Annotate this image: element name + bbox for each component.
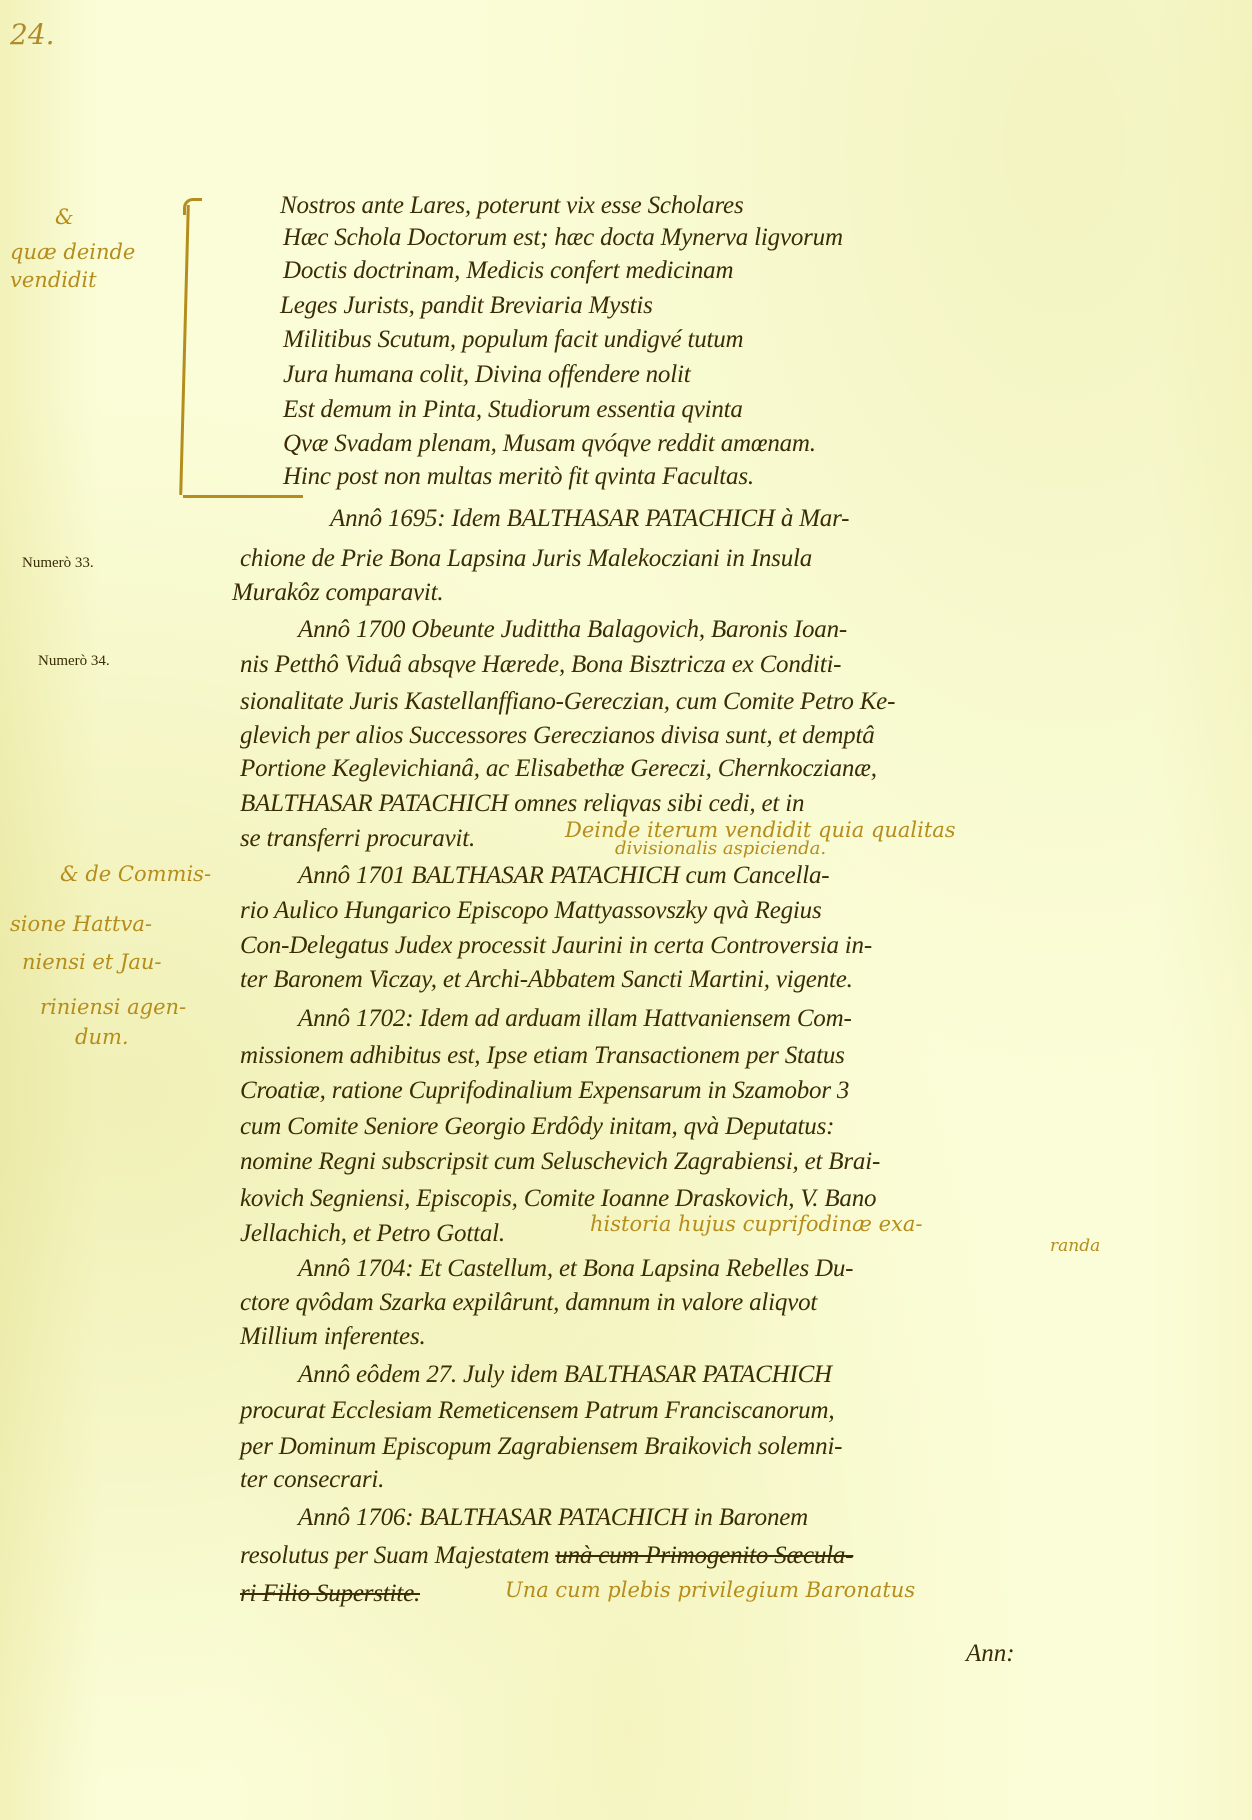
annotation-after-1702-1: historia hujus cuprifodinæ exa- <box>590 1212 922 1236</box>
struck-text: unà cum Primogenito Sæcula- <box>555 1542 853 1569</box>
entry-line: procurat Ecclesiam Remeticensem Patrum F… <box>240 1397 834 1425</box>
entry-line: nis Petthô Viduâ absqve Hærede, Bona Bis… <box>240 651 841 679</box>
annotation-top-left-1: & <box>55 205 74 229</box>
poem-line: Jura humana colit, Divina offendere noli… <box>283 361 690 389</box>
poem-line: Nostros ante Lares, poterunt vix esse Sc… <box>280 192 743 220</box>
entry-line: Portione Keglevichianâ, ac Elisabethæ Ge… <box>240 755 877 783</box>
entry-line: Annô 1702: Idem ad arduam illam Hattvani… <box>298 1005 852 1033</box>
entry-line: se transferri procuravit. <box>240 825 475 853</box>
entry-line: Annô 1704: Et Castellum, et Bona Lapsina… <box>298 1255 853 1283</box>
poem-line: Hæc Schola Doctorum est; hæc docta Myner… <box>283 224 843 252</box>
struck-text: ri Filio Superstite. <box>240 1580 420 1607</box>
entry-line: kovich Segniensi, Episcopis, Comite Ioan… <box>240 1185 876 1213</box>
entry-line: Annô 1706: BALTHASAR PATACHICH in Barone… <box>298 1504 808 1532</box>
poem-line: Doctis doctrinam, Medicis confert medici… <box>283 257 733 285</box>
margin-number-33: Numerò 33. <box>22 555 94 572</box>
entry-line: cum Comite Seniore Georgio Erdôdy initam… <box>240 1113 834 1141</box>
entry-line: Annô 1701 BALTHASAR PATACHICH cum Cancel… <box>298 862 829 890</box>
entry-line: Millium inferentes. <box>240 1323 426 1351</box>
margin-number-34: Numerò 34. <box>38 653 110 670</box>
entry-line: nomine Regni subscripsit cum Seluschevic… <box>240 1148 880 1176</box>
entry-line: sionalitate Juris Kastellanffiano-Gerecz… <box>240 688 895 716</box>
entry-line: per Dominum Episcopum Zagrabiensem Braik… <box>240 1433 842 1461</box>
entry-line: ter consecrari. <box>240 1466 384 1494</box>
entry-line: Annô 1695: Idem BALTHASAR PATACHICH à Ma… <box>330 505 849 533</box>
poem-line: Militibus Scutum, populum facit undigvé … <box>283 326 743 354</box>
entry-line: Croatiæ, ratione Cuprifodinalium Expensa… <box>240 1077 849 1105</box>
entry-line: rio Aulico Hungarico Episcopo Mattyassov… <box>240 897 822 925</box>
entry-line: ri Filio Superstite. <box>240 1580 420 1608</box>
annotation-left-1701-4: riniensi agen- <box>40 995 186 1019</box>
entry-line: glevich per alios Successores Gerecziano… <box>240 722 875 750</box>
annotation-after-1706: Una cum plebis privilegium Baronatus <box>505 1578 915 1602</box>
entry-text: resolutus per Suam Majestatem <box>240 1542 549 1569</box>
poem-line: Qvæ Svadam plenam, Musam qvóqve reddit a… <box>283 430 816 458</box>
annotation-left-1701-5: dum. <box>75 1025 129 1049</box>
entry-line: Jellachich, et Petro Gottal. <box>240 1220 505 1248</box>
entry-line: ter Baronem Viczay, et Archi-Abbatem San… <box>240 966 853 994</box>
annotation-top-left-3: vendidit <box>10 268 97 292</box>
page-number: 24. <box>10 18 55 51</box>
annotation-left-1701-1: & de Commis- <box>60 862 211 886</box>
entry-line: Murakôz comparavit. <box>232 579 443 607</box>
margin-bracket-underline <box>183 495 303 498</box>
entry-line: ctore qvôdam Szarka expilârunt, damnum i… <box>240 1289 817 1317</box>
entry-line: chione de Prie Bona Lapsina Juris Maleko… <box>240 545 812 573</box>
poem-line: Est demum in Pinta, Studiorum essentia q… <box>283 396 743 424</box>
entry-line: Con-Delegatus Judex processit Jaurini in… <box>240 932 872 960</box>
catchword: Ann: <box>966 1640 1015 1668</box>
entry-line: resolutus per Suam Majestatem unà cum Pr… <box>240 1542 853 1570</box>
poem-line: Hinc post non multas meritò fit qvinta F… <box>283 463 754 491</box>
entry-line: Annô 1700 Obeunte Judittha Balagovich, B… <box>298 616 847 644</box>
entry-line: Annô eôdem 27. July idem BALTHASAR PATAC… <box>298 1361 832 1389</box>
entry-line: BALTHASAR PATACHICH omnes reliqvas sibi … <box>240 790 804 818</box>
entry-line: missionem adhibitus est, Ipse etiam Tran… <box>240 1042 845 1070</box>
annotation-after-1700-2: divisionalis aspicienda. <box>615 838 826 859</box>
annotation-left-1701-2: sione Hattva- <box>10 912 152 936</box>
margin-bracket-line <box>179 205 190 495</box>
poem-line: Leges Jurists, pandit Breviaria Mystis <box>280 292 653 320</box>
annotation-top-left-2: quæ deinde <box>10 240 135 264</box>
annotation-after-1702-2: randa <box>1050 1236 1100 1256</box>
annotation-left-1701-3: niensi et Jau- <box>22 950 161 974</box>
